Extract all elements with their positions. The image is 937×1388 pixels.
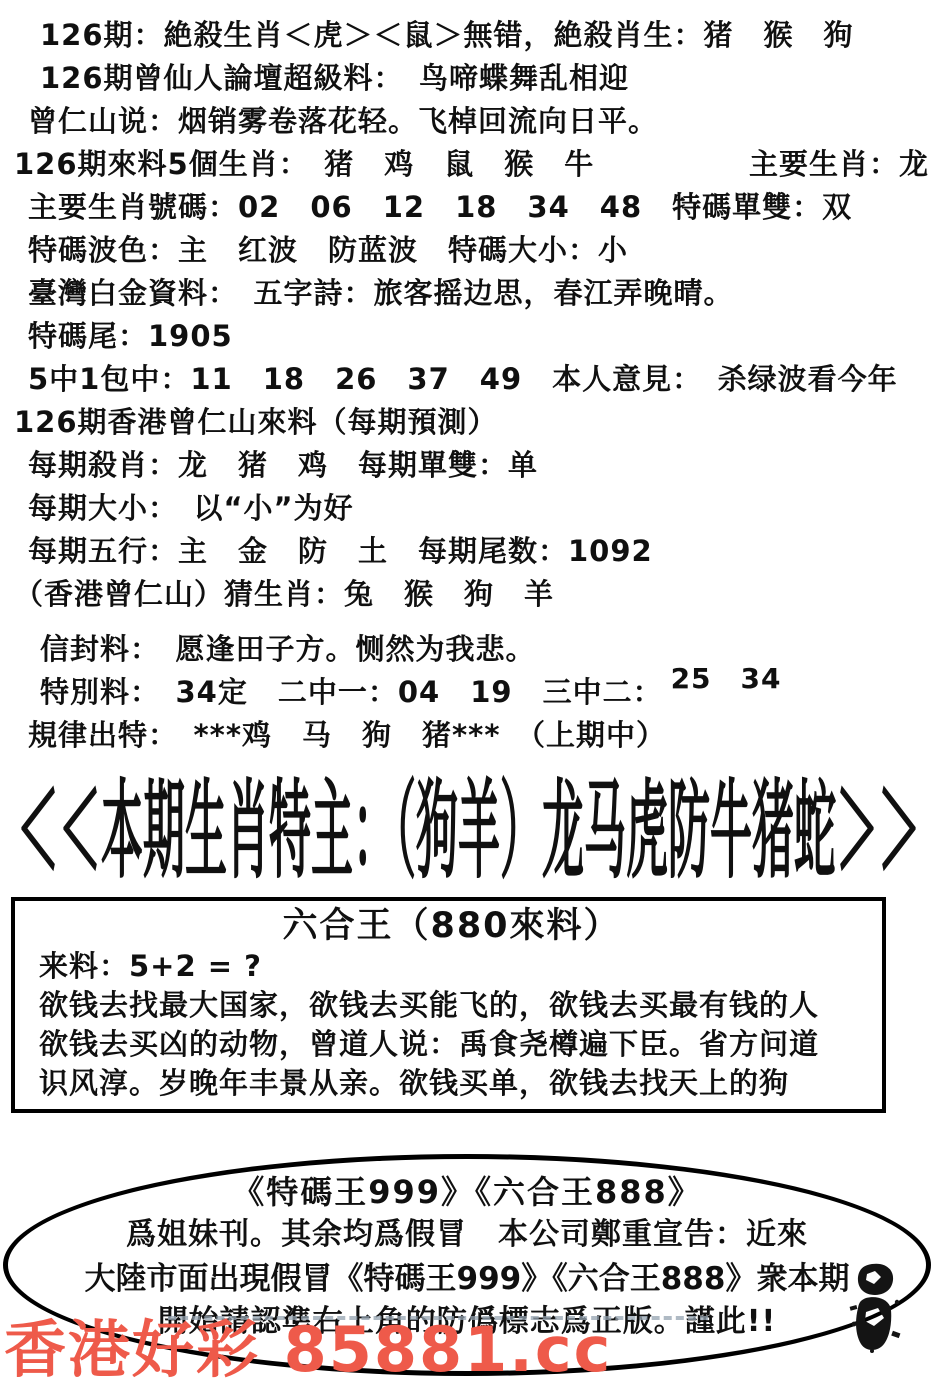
box-line: 来料：5+2 = ? <box>39 947 864 986</box>
prediction-line: 曾仁山说：烟销雾卷落花轻。飞棹回流向日平。 <box>0 98 937 141</box>
notice-line: 爲姐妹刊。其余均爲假冒 本公司鄭重宣告：近來 <box>8 1213 926 1257</box>
prediction-text: 曾仁山说：烟销雾卷落花轻。飞棹回流向日平。 <box>28 99 658 140</box>
prediction-line: 每期殺肖：龙 猪 鸡 每期單雙：单 <box>0 442 937 485</box>
headline-text: ＜＜本期生肖特主：（狗羊）龙马虎防牛猪蛇＞＞ <box>17 748 920 901</box>
prediction-text: 126期香港曾仁山來料（每期預測） <box>14 400 498 441</box>
liuhewang-box: 六合王（880來料） 来料：5+2 = ? 欲钱去找最大国家，欲钱去买能飞的，欲… <box>11 897 886 1113</box>
prediction-rows: 126期：絶殺生肖＜虎＞＜鼠＞無错，絶殺肖生：猪 猴 狗 126期曾仙人論壇超級… <box>0 0 937 755</box>
notice-line: 《特碼王999》《六合王888》 <box>8 1171 926 1213</box>
box-title: 六合王（880來料） <box>39 905 864 947</box>
prediction-text: 每期五行：主 金 防 土 每期尾数：1092 <box>28 529 653 570</box>
prediction-text: 特碼尾：1905 <box>28 314 233 355</box>
prediction-superscript: 25 34 <box>671 657 782 697</box>
prediction-text: （香港曾仁山）猜生肖：兔 猴 狗 羊 <box>14 572 554 613</box>
box-line: 欲钱去找最大国家，欲钱去买能飞的，欲钱去买最有钱的人 <box>39 986 864 1025</box>
notice-line: 大陸市面出現假冒《特碼王999》《六合王888》衆本期 <box>8 1257 926 1301</box>
prediction-line: 信封料： 愿逢田子方。恻然为我悲。 <box>0 626 937 669</box>
anti-counterfeit-seal-icon <box>842 1262 908 1354</box>
main-zodiac-headline: ＜＜本期生肖特主：（狗羊）龙马虎防牛猪蛇＞＞ <box>0 755 937 893</box>
lottery-tip-sheet: 126期：絶殺生肖＜虎＞＜鼠＞無错，絶殺肖生：猪 猴 狗 126期曾仙人論壇超級… <box>0 0 937 1388</box>
prediction-line: （香港曾仁山）猜生肖：兔 猴 狗 羊 <box>0 571 937 614</box>
prediction-line: 5中1包中：11 18 26 37 49 本人意見： 杀绿波看今年 <box>0 356 937 399</box>
prediction-text: 特碼波色：主 红波 防蓝波 特碼大小：小 <box>28 228 628 269</box>
prediction-line: 126期曾仙人論壇超級料： 鸟啼蝶舞乱相迎 <box>0 55 937 98</box>
prediction-text: 每期大小： 以“小”为好 <box>28 486 354 527</box>
prediction-text: 126期：絶殺生肖＜虎＞＜鼠＞無错，絶殺肖生：猪 猴 狗 <box>40 13 854 54</box>
prediction-text: 5中1包中：11 18 26 37 49 本人意見： 杀绿波看今年 <box>28 357 898 398</box>
prediction-line: 特別料： 34定 二中一：04 19 三中二： 25 34 <box>0 669 937 712</box>
prediction-line: 126期香港曾仁山來料（每期預測） <box>0 399 937 442</box>
prediction-line: 126期來料5個生肖： 猪 鸡 鼠 猴 牛 主要生肖：龙 <box>0 141 937 184</box>
box-line: 识风淳。岁晚年丰景从亲。欲钱买单，欲钱去找天上的狗 <box>39 1064 864 1103</box>
prediction-text: 126期曾仙人論壇超級料： 鸟啼蝶舞乱相迎 <box>40 56 629 97</box>
prediction-text: 126期來料5個生肖： 猪 鸡 鼠 猴 牛 <box>14 142 594 183</box>
prediction-line: 特碼波色：主 红波 防蓝波 特碼大小：小 <box>0 227 937 270</box>
site-watermark: 香港好彩 85881.cc <box>4 1300 612 1388</box>
prediction-line: 每期五行：主 金 防 土 每期尾数：1092 <box>0 528 937 571</box>
prediction-text: 臺灣白金資料： 五字詩：旅客摇边思，春江弄晚晴。 <box>28 271 734 312</box>
prediction-line: 每期大小： 以“小”为好 <box>0 485 937 528</box>
prediction-text: 信封料： 愿逢田子方。恻然为我悲。 <box>40 627 536 668</box>
prediction-text: 特別料： 34定 二中一：04 19 三中二： <box>40 670 663 711</box>
prediction-line: 特碼尾：1905 <box>0 313 937 356</box>
prediction-line: 臺灣白金資料： 五字詩：旅客摇边思，春江弄晚晴。 <box>0 270 937 313</box>
prediction-text: 每期殺肖：龙 猪 鸡 每期單雙：单 <box>28 443 538 484</box>
prediction-line: 126期：絶殺生肖＜虎＞＜鼠＞無错，絶殺肖生：猪 猴 狗 <box>0 12 937 55</box>
prediction-line: 主要生肖號碼：02 06 12 18 34 48 特碼單雙：双 <box>0 184 937 227</box>
prediction-text: 主要生肖號碼：02 06 12 18 34 48 特碼單雙：双 <box>28 185 852 226</box>
box-line: 欲钱去买凶的动物，曾道人说：禹食尧樽遍下臣。省方问道 <box>39 1025 864 1064</box>
prediction-text-right: 主要生肖：龙 <box>749 142 929 183</box>
